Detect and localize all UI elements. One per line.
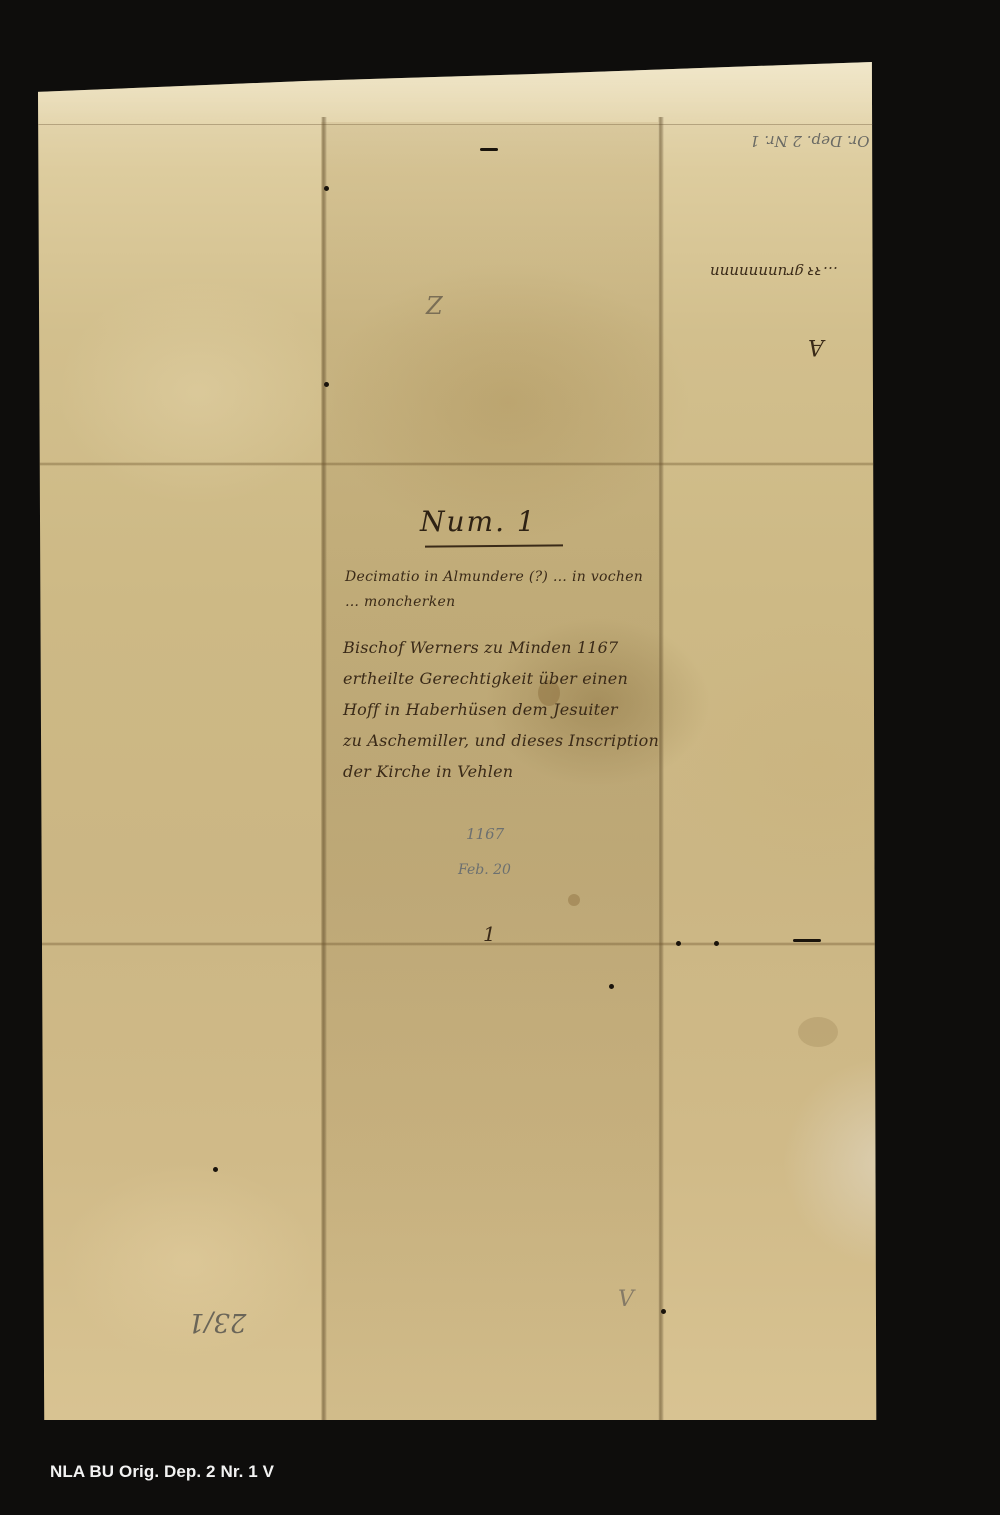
letter-mark: A xyxy=(808,334,824,359)
stain xyxy=(798,1017,838,1047)
pencil-date: Feb. 20 xyxy=(458,862,511,878)
stain xyxy=(568,894,580,906)
ink-mark: 1 xyxy=(483,922,496,946)
inverted-ink-note: …ꝛꝛ grunnnnnnn xyxy=(710,262,838,282)
hole xyxy=(213,1167,218,1172)
hole xyxy=(714,941,719,946)
archive-caption: NLA BU Orig. Dep. 2 Nr. 1 V xyxy=(50,1462,274,1482)
summary-line: Bischof Werners zu Minden 1167 xyxy=(343,638,618,657)
slit-top xyxy=(480,148,498,151)
summary-line: zu Aschemiller, und dieses Inscription xyxy=(343,731,659,750)
vertical-fold-right xyxy=(658,117,664,1420)
pencil-mark: Z xyxy=(426,292,443,320)
struck-note-line-1: Decimatio in Almundere (?) … in vochen xyxy=(345,569,643,585)
pencil-year: 1167 xyxy=(466,825,504,843)
summary-line: Hoff in Haberhüsen dem Jesuiter xyxy=(343,700,618,719)
hole xyxy=(324,186,329,191)
slit-right xyxy=(793,939,821,942)
heading-num: Num. 1 xyxy=(420,505,537,538)
hole xyxy=(676,941,681,946)
vertical-fold-left xyxy=(321,117,327,1420)
archive-signature-pencil-note: Or. Dep. 2 Nr. 1 xyxy=(750,132,869,150)
hole xyxy=(609,984,614,989)
hole xyxy=(324,382,329,387)
hole xyxy=(661,1309,666,1314)
parchment-document: Or. Dep. 2 Nr. 1 …ꝛꝛ grunnnnnnn A Z Num.… xyxy=(38,62,927,1420)
pencil-v-mark: V xyxy=(618,1287,634,1312)
summary-line: ertheilte Gerechtigkeit über einen xyxy=(343,669,628,688)
summary-line: der Kirche in Vehlen xyxy=(343,762,513,781)
struck-note-line-2: … moncherken xyxy=(345,594,455,610)
horizontal-fold-upper xyxy=(38,462,927,466)
inverted-pencil-number: 23/1 xyxy=(188,1307,246,1337)
